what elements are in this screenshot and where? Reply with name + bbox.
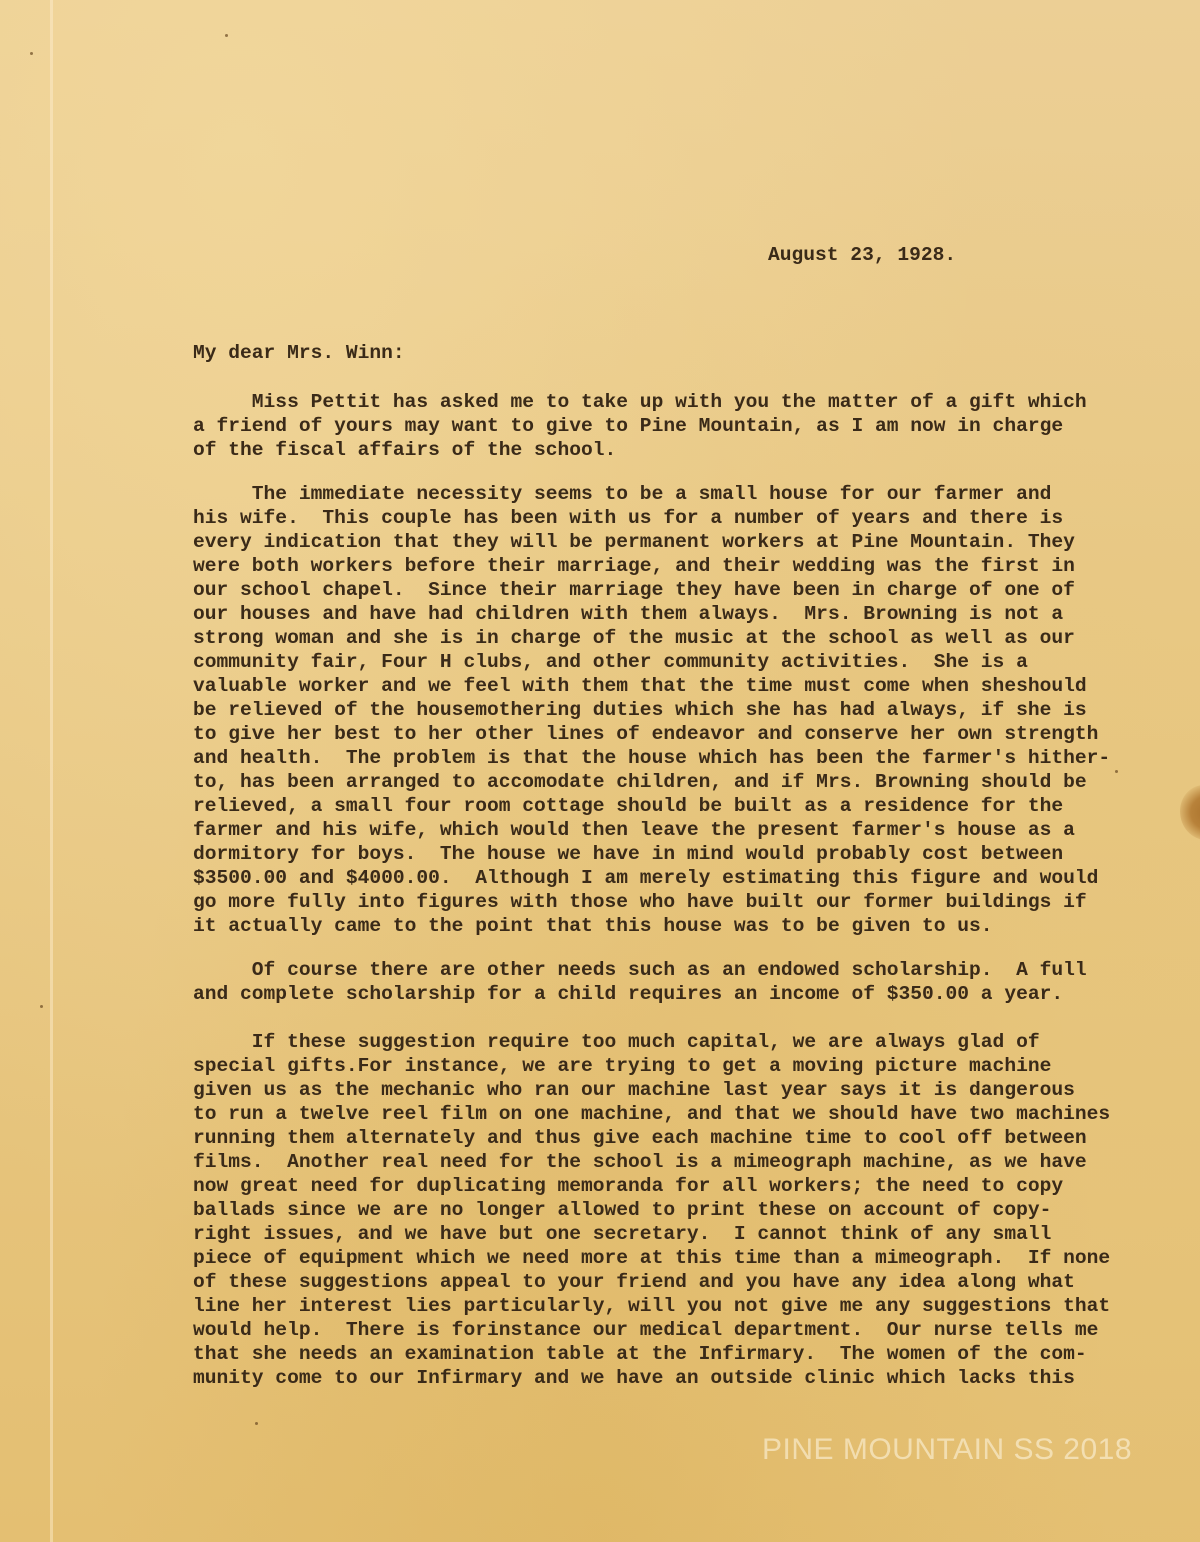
text-line: and health. The problem is that the hous… [193, 746, 1110, 770]
text-line: our houses and have had children with th… [193, 602, 1110, 626]
text-line: films. Another real need for the school … [193, 1150, 1110, 1174]
paper-fold-line [50, 0, 53, 1542]
text-line: valuable worker and we feel with them th… [193, 674, 1110, 698]
paper-speck [255, 1422, 258, 1425]
text-line: go more fully into figures with those wh… [193, 890, 1110, 914]
text-line: line her interest lies particularly, wil… [193, 1294, 1110, 1318]
text-line: to run a twelve reel film on one machine… [193, 1102, 1110, 1126]
paragraph-1: Miss Pettit has asked me to take up with… [193, 390, 1087, 462]
paper-speck [40, 1005, 43, 1008]
paper-speck [1115, 770, 1118, 773]
text-line: given us as the mechanic who ran our mac… [193, 1078, 1110, 1102]
text-line: it actually came to the point that this … [193, 914, 1110, 938]
text-line: community fair, Four H clubs, and other … [193, 650, 1110, 674]
text-line: be relieved of the housemothering duties… [193, 698, 1110, 722]
text-line: Miss Pettit has asked me to take up with… [193, 390, 1087, 414]
text-line: The immediate necessity seems to be a sm… [193, 482, 1110, 506]
text-line: his wife. This couple has been with us f… [193, 506, 1110, 530]
text-line: now great need for duplicating memoranda… [193, 1174, 1110, 1198]
text-line: $3500.00 and $4000.00. Although I am mer… [193, 866, 1110, 890]
letter-page: August 23, 1928. My dear Mrs. Winn: Miss… [0, 0, 1200, 1542]
text-line: and complete scholarship for a child req… [193, 982, 1087, 1006]
text-line: If these suggestion require too much cap… [193, 1030, 1110, 1054]
text-line: to give her best to her other lines of e… [193, 722, 1110, 746]
text-line: piece of equipment which we need more at… [193, 1246, 1110, 1270]
text-line: to, has been arranged to accomodate chil… [193, 770, 1110, 794]
text-line: of these suggestions appeal to your frie… [193, 1270, 1110, 1294]
text-line: special gifts.For instance, we are tryin… [193, 1054, 1110, 1078]
text-line: Of course there are other needs such as … [193, 958, 1087, 982]
paragraph-2: The immediate necessity seems to be a sm… [193, 482, 1110, 938]
paragraph-3: Of course there are other needs such as … [193, 958, 1087, 1006]
text-line: farmer and his wife, which would then le… [193, 818, 1110, 842]
letter-date: August 23, 1928. [768, 244, 956, 266]
letter-salutation: My dear Mrs. Winn: [193, 342, 405, 364]
paper-speck [30, 52, 33, 55]
text-line: would help. There is forinstance our med… [193, 1318, 1110, 1342]
text-line: right issues, and we have but one secret… [193, 1222, 1110, 1246]
text-line: munity come to our Infirmary and we have… [193, 1366, 1110, 1390]
archive-watermark: PINE MOUNTAIN SS 2018 [762, 1433, 1132, 1467]
paper-stain [1180, 785, 1200, 840]
text-line: were both workers before their marriage,… [193, 554, 1110, 578]
text-line: dormitory for boys. The house we have in… [193, 842, 1110, 866]
text-line: of the fiscal affairs of the school. [193, 438, 1087, 462]
text-line: every indication that they will be perma… [193, 530, 1110, 554]
text-line: our school chapel. Since their marriage … [193, 578, 1110, 602]
text-line: strong woman and she is in charge of the… [193, 626, 1110, 650]
text-line: relieved, a small four room cottage shou… [193, 794, 1110, 818]
text-line: that she needs an examination table at t… [193, 1342, 1110, 1366]
text-line: ballads since we are no longer allowed t… [193, 1198, 1110, 1222]
paragraph-4: If these suggestion require too much cap… [193, 1030, 1110, 1390]
paper-speck [225, 34, 228, 37]
text-line: running them alternately and thus give e… [193, 1126, 1110, 1150]
text-line: a friend of yours may want to give to Pi… [193, 414, 1087, 438]
